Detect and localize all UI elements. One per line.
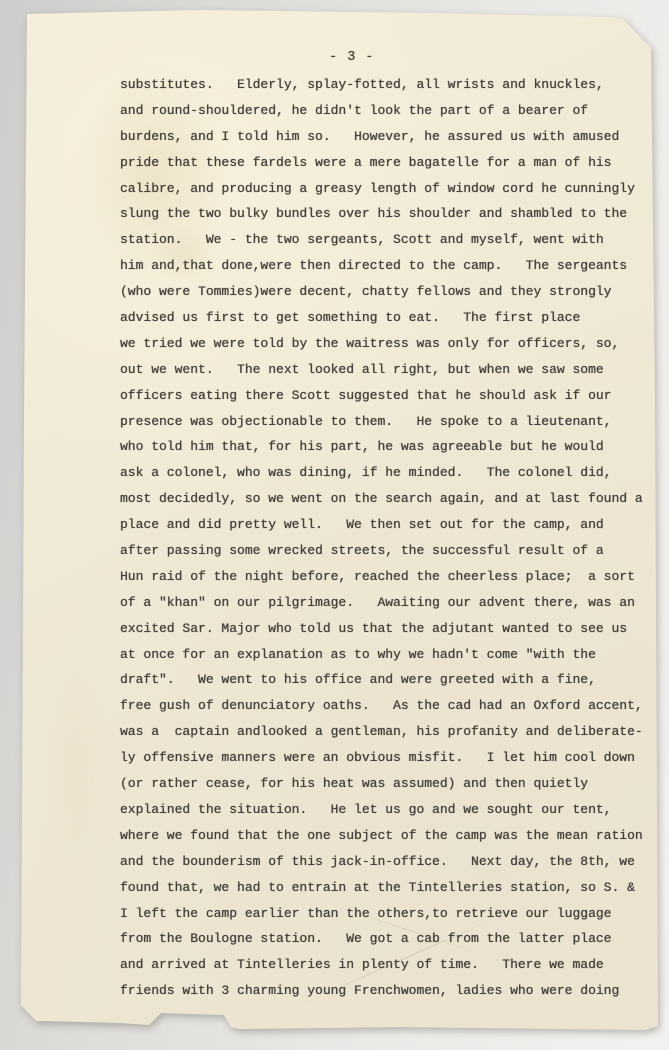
text-line: was a captain andlooked a gentleman, his… [120,719,660,745]
text-line: I left the camp earlier than the others,… [120,901,660,927]
text-line: presence was objectionable to them. He s… [120,409,660,435]
text-line: excited Sar. Major who told us that the … [120,616,660,642]
text-line: ask a colonel, who was dining, if he min… [120,460,660,486]
text-line: explained the situation. He let us go an… [120,797,660,823]
scanned-document-background: - 3 - substitutes. Elderly, splay-fotted… [0,0,669,1050]
text-line: draft". We went to his office and were g… [120,667,660,693]
text-line: station. We - the two sergeants, Scott a… [120,227,660,253]
text-line: officers eating there Scott suggested th… [120,383,660,409]
text-line: and the bounderism of this jack-in-offic… [120,849,660,875]
text-line: slung the two bulky bundles over his sho… [120,201,660,227]
paper-shadow: - 3 - substitutes. Elderly, splay-fotted… [0,0,669,1050]
text-line: most decidedly, so we went on the search… [120,486,660,512]
text-line: him and,that done,were then directed to … [120,253,660,279]
text-line: free gush of denunciatory oaths. As the … [120,693,660,719]
text-line: ly offensive manners were an obvious mis… [120,745,660,771]
text-line: where we found that the one subject of t… [120,823,660,849]
text-line: out we went. The next looked all right, … [120,357,660,383]
text-line: (or rather cease, for his heat was assum… [120,771,660,797]
document-text: substitutes. Elderly, splay-fotted, all … [120,72,660,1004]
text-line: burdens, and I told him so. However, he … [120,124,660,150]
text-line: who told him that, for his part, he was … [120,434,660,460]
text-line: after passing some wrecked streets, the … [120,538,660,564]
text-line: and round-shouldered, he didn't look the… [120,98,660,124]
text-line: advised us first to get something to eat… [120,305,660,331]
paper-stain [40,620,110,920]
text-line: of a "khan" on our pilgrimage. Awaiting … [120,590,660,616]
text-line: calibre, and producing a greasy length o… [120,176,660,202]
text-line: place and did pretty well. We then set o… [120,512,660,538]
text-line: pride that these fardels were a mere bag… [120,150,660,176]
text-line: found that, we had to entrain at the Tin… [120,875,660,901]
text-line: (who were Tommies)were decent, chatty fe… [120,279,660,305]
text-line: friends with 3 charming young Frenchwome… [120,978,660,1004]
text-line: substitutes. Elderly, splay-fotted, all … [120,72,660,98]
text-line: Hun raid of the night before, reached th… [120,564,660,590]
text-line: and arrived at Tintelleries in plenty of… [120,952,660,978]
text-line: from the Boulogne station. We got a cab … [120,926,660,952]
text-line: at once for an explanation as to why we … [120,642,660,668]
page-number: - 3 - [329,50,375,65]
paper-page: - 3 - substitutes. Elderly, splay-fotted… [0,0,669,1050]
text-line: we tried we were told by the waitress wa… [120,331,660,357]
